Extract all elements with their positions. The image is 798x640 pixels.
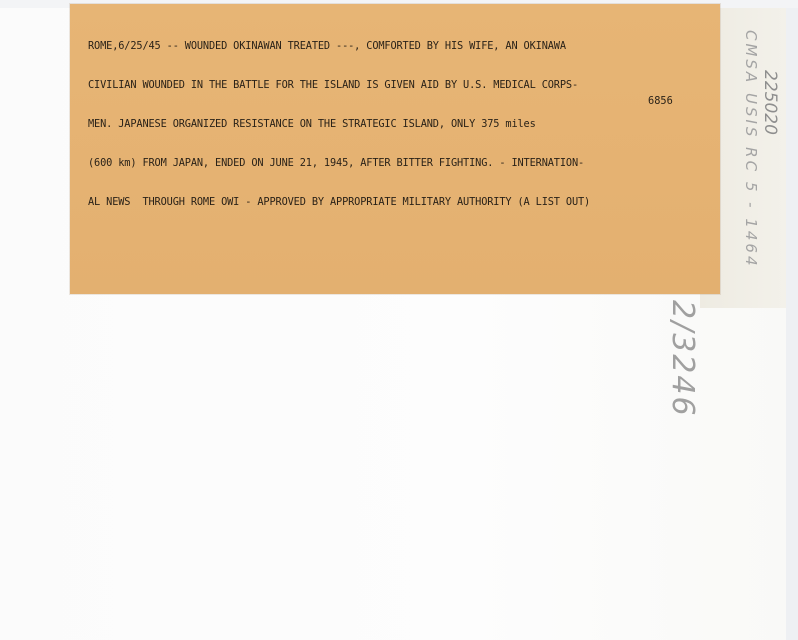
caption-line: ROME,6/25/45 -- WOUNDED OKINAWAN TREATED… — [88, 40, 713, 53]
handwritten-folio: 2/3246 — [665, 300, 700, 418]
handwritten-archive-code: CMSA USIS RC 5 - 1464 — [742, 30, 760, 269]
caption-text: ROME,6/25/45 -- WOUNDED OKINAWAN TREATED… — [88, 14, 713, 235]
caption-line: (600 km) FROM JAPAN, ENDED ON JUNE 21, 1… — [88, 157, 713, 170]
handwritten-catalog-number: 225020 — [760, 70, 780, 135]
caption-line: AL NEWS THROUGH ROME OWI - APPROVED BY A… — [88, 196, 713, 209]
caption-line: CIVILIAN WOUNDED IN THE BATTLE FOR THE I… — [88, 79, 713, 92]
caption-label: ROME,6/25/45 -- WOUNDED OKINAWAN TREATED… — [70, 4, 720, 294]
sheet-edge — [786, 8, 798, 640]
reference-number: 6856 — [648, 95, 673, 107]
caption-line: MEN. JAPANESE ORGANIZED RESISTANCE ON TH… — [88, 118, 713, 131]
